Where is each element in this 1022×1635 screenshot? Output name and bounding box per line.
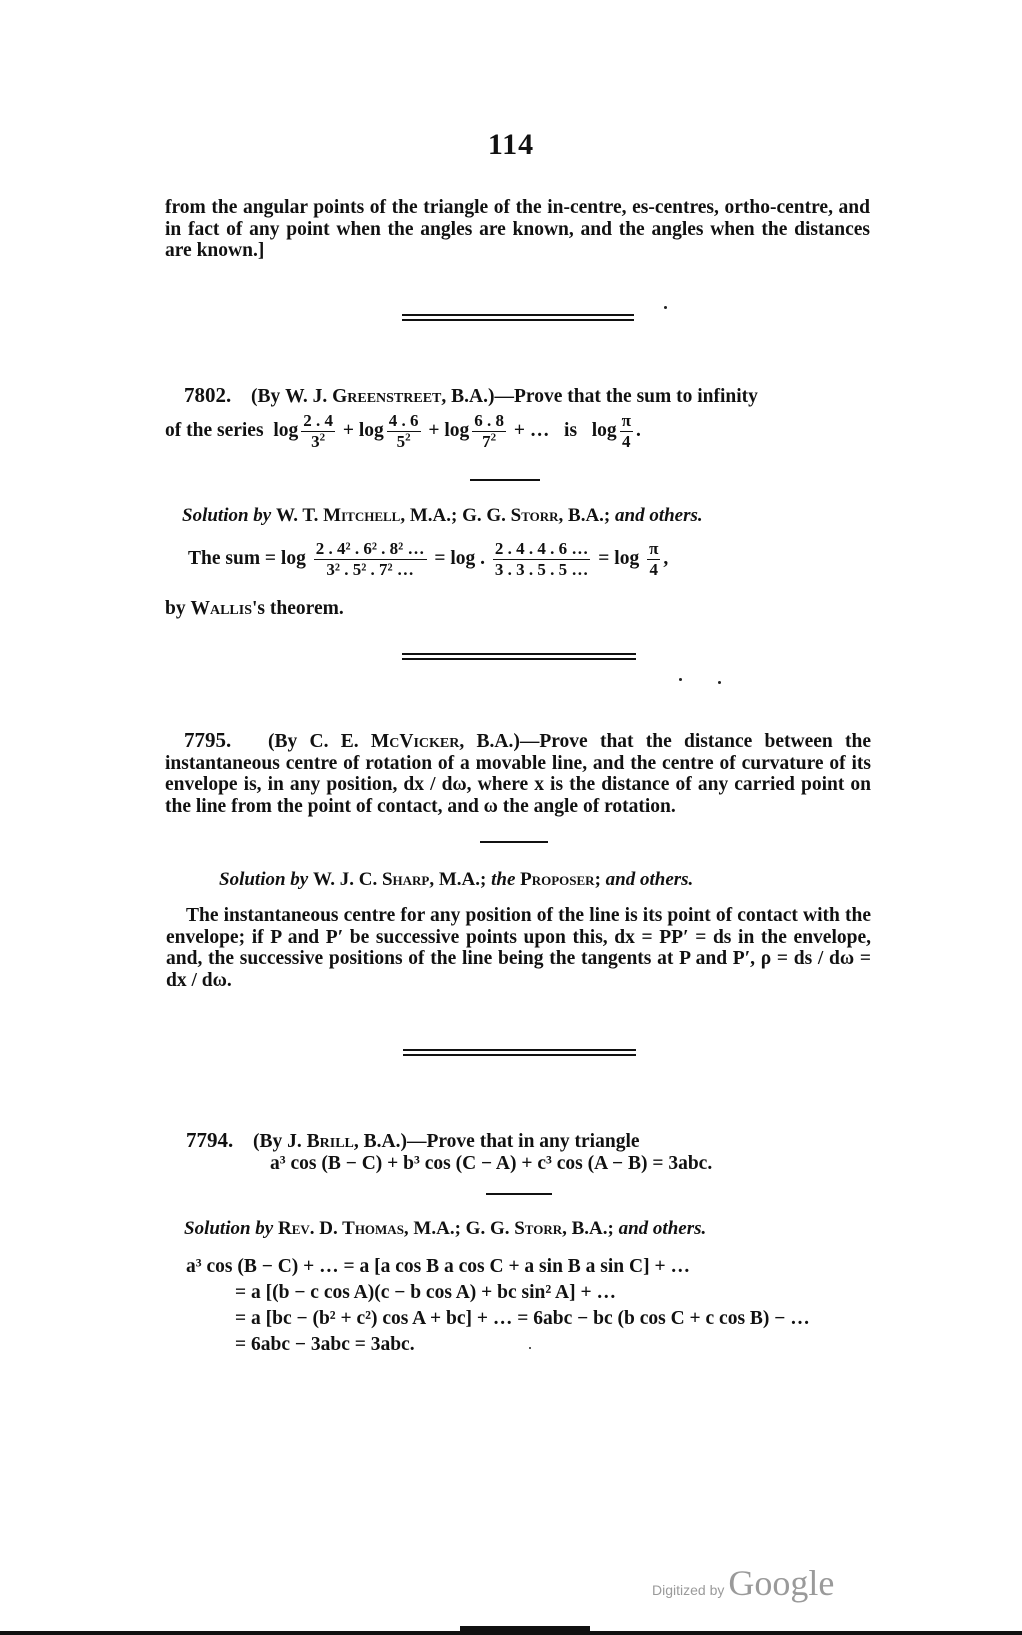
punctuation: . [636, 420, 641, 441]
solver-names: W. J. C. Sharp, M.A.; [313, 869, 486, 890]
numerator: π [620, 412, 633, 432]
author-degree: , B.A.) [441, 386, 494, 407]
problem-number: 7802. [184, 383, 231, 407]
problem-7794-heading: 7794. (By J. Brill, B.A.)—Prove that in … [186, 1128, 640, 1153]
and-others: and others. [619, 1218, 707, 1239]
closing-prefix: by [165, 598, 190, 619]
den-base: 3 [311, 432, 320, 451]
by-prefix: (By [268, 731, 310, 752]
solution-label: Solution by [219, 869, 308, 890]
numerator: 2 . 4 . 4 . 6 … [493, 540, 591, 560]
proposer-label: Proposer; [520, 869, 601, 890]
section-separator [403, 1049, 636, 1056]
scan-speck [529, 1347, 531, 1349]
wallis-name: Wallis [190, 598, 252, 619]
den-exponent: 2 [405, 431, 411, 443]
solution-7802-closing: by Wallis's theorem. [165, 598, 344, 620]
author-degree: , B.A.) [354, 1131, 407, 1152]
numerator: 2 . 4 [301, 412, 335, 432]
and-others: and others. [615, 505, 703, 526]
equals-log: = log . [434, 548, 485, 569]
problem-number: 7795. [184, 728, 231, 752]
google-logo: Google [728, 1563, 834, 1603]
author-name: W. J. Greenstreet [285, 386, 441, 407]
log-label: log [273, 420, 298, 441]
scan-bottom-tab [460, 1626, 590, 1635]
by-prefix: (By [253, 1131, 287, 1152]
solver-names: W. T. Mitchell, M.A.; G. G. Storr, B.A.; [276, 505, 610, 526]
author-name: C. E. McVicker [310, 731, 460, 752]
denominator: 4 [647, 560, 660, 579]
author-degree: , B.A.) [459, 731, 519, 752]
the-label: the [491, 869, 515, 890]
punctuation: , [663, 548, 668, 569]
solution-7795-text: The instantaneous centre for any positio… [166, 905, 871, 991]
short-rule [486, 1193, 552, 1195]
log-label: log [592, 420, 617, 441]
solution-7794-line-2: = a [(b − c cos A)(c − b cos A) + bc sin… [235, 1282, 616, 1304]
by-prefix: (By [251, 386, 285, 407]
den-exponent: 2 [320, 431, 326, 443]
scan-speck [679, 678, 682, 681]
fraction: π4 [647, 540, 660, 579]
digitized-by-google-watermark: Digitized by Google [652, 1562, 834, 1604]
and-others: and others. [606, 869, 694, 890]
solution-7794-line-3: = a [bc − (b² + c²) cos A + bc] + … = 6a… [235, 1308, 810, 1330]
fraction: 2 . 432 [301, 412, 335, 451]
numerator: 2 . 4² . 6² . 8² … [314, 540, 427, 560]
equals-log: = log [598, 548, 639, 569]
numerator: 4 . 6 [387, 412, 421, 432]
page-number: 114 [0, 128, 1022, 162]
solver-names: Rev. D. Thomas, M.A.; G. G. Storr, B.A.; [278, 1218, 614, 1239]
denominator: 3 . 3 . 5 . 5 … [493, 560, 591, 579]
den-exponent: 2 [491, 431, 497, 443]
numerator: 6 . 8 [472, 412, 506, 432]
watermark-prefix: Digitized by [652, 1582, 724, 1598]
intro-paragraph: from the angular points of the triangle … [165, 197, 870, 262]
fraction: 2 . 4 . 4 . 6 …3 . 3 . 5 . 5 … [493, 540, 591, 579]
denominator: 72 [480, 432, 498, 451]
solution-7795-credits: Solution by W. J. C. Sharp, M.A.; the Pr… [219, 869, 693, 891]
denominator: 52 [395, 432, 413, 451]
den-base: 7 [482, 432, 491, 451]
section-separator [402, 653, 636, 660]
is-label: is [564, 420, 577, 441]
problem-7794-equation: a³ cos (B − C) + b³ cos (C − A) + c³ cos… [270, 1153, 712, 1175]
solution-7794-line-4: = 6abc − 3abc = 3abc. [235, 1334, 415, 1356]
short-rule [480, 841, 548, 843]
numerator: π [647, 540, 660, 560]
fraction: 4 . 652 [387, 412, 421, 451]
author-name: J. Brill [287, 1131, 354, 1152]
solution-7794-credits: Solution by Rev. D. Thomas, M.A.; G. G. … [184, 1218, 706, 1240]
log-label: + log [428, 420, 469, 441]
denominator: 32 [309, 432, 327, 451]
solution-label: Solution by [184, 1218, 273, 1239]
denominator: 4 [620, 432, 633, 451]
solution-7794-line-1: a³ cos (B − C) + … = a [a cos B a cos C … [186, 1256, 690, 1278]
sum-label: The sum = log [188, 548, 306, 569]
section-separator [402, 314, 634, 321]
fraction: 6 . 872 [472, 412, 506, 451]
fraction: 2 . 4² . 6² . 8² …3² . 5² . 7² … [314, 540, 427, 579]
problem-statement: —Prove that in any triangle [407, 1131, 640, 1152]
solution-7802-credits: Solution by W. T. Mitchell, M.A.; G. G. … [182, 505, 703, 527]
series-tail: + … [514, 420, 550, 441]
problem-statement: —Prove that the sum to infinity [495, 386, 758, 407]
scan-speck [664, 306, 667, 309]
denominator: 3² . 5² . 7² … [324, 560, 416, 579]
series-prefix: of the series [165, 420, 264, 441]
solution-7802-equation: The sum = log 2 . 4² . 6² . 8² …3² . 5² … [188, 540, 668, 579]
den-base: 5 [397, 432, 406, 451]
problem-7802-series: of the series log2 . 432 + log4 . 652 + … [165, 412, 641, 451]
solution-label: Solution by [182, 505, 271, 526]
problem-7795: 7795. (By C. E. McVicker, B.A.)—Prove th… [165, 730, 871, 817]
problem-number: 7794. [186, 1128, 233, 1152]
fraction: π4 [620, 412, 633, 451]
scan-speck [718, 681, 721, 684]
problem-7802-heading: 7802. (By W. J. Greenstreet, B.A.)—Prove… [184, 383, 758, 408]
short-rule [470, 479, 540, 481]
log-label: + log [343, 420, 384, 441]
closing-suffix: 's theorem. [252, 598, 344, 619]
